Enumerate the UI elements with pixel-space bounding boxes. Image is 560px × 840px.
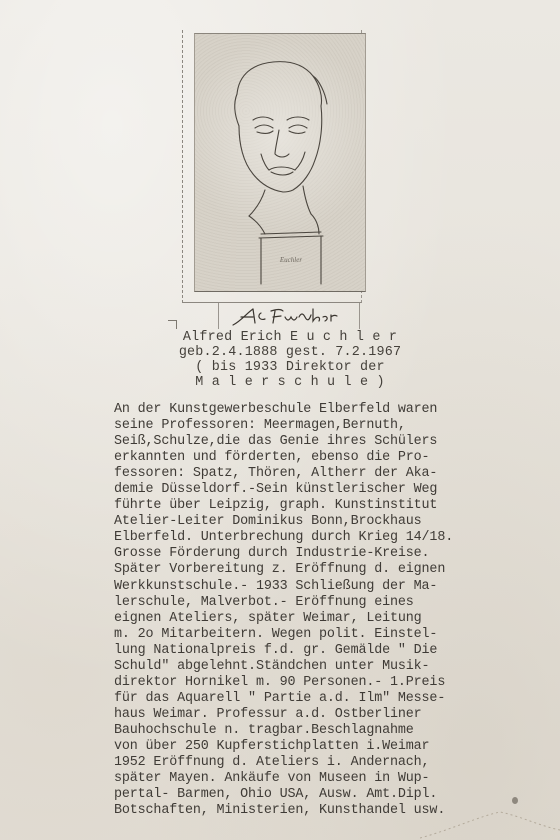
- body-line: An der Kunstgewerbeschule Elberfeld ware…: [114, 402, 474, 418]
- body-line: fessoren: Spatz, Thören, Altherr der Aka…: [114, 466, 474, 482]
- body-line: haus Weimar. Professur a.d. Ostberliner: [114, 707, 474, 723]
- body-line: Elberfeld. Unterbrechung durch Krieg 14/…: [114, 530, 474, 546]
- body-line: führte über Leipzig, graph. Kunstinstitu…: [114, 498, 474, 514]
- body-line: Schuld" abgelehnt.Ständchen unter Musik-: [114, 659, 474, 675]
- corner-mark: [168, 320, 177, 329]
- body-line: 1952 Eröffnung d. Ateliers i. Andernach,: [114, 755, 474, 771]
- body-line: Seiß,Schulze,die das Genie ihres Schüler…: [114, 434, 474, 450]
- paper-crease: [420, 800, 560, 840]
- life-dates: geb.2.4.1888 gest. 7.2.1967: [150, 345, 430, 360]
- body-line: Später Vorbereitung z. Eröffnung d. eign…: [114, 562, 474, 578]
- signature-box: [218, 303, 360, 329]
- body-line: eignen Ateliers, später Weimar, Leitung: [114, 611, 474, 627]
- body-line: lung Nationalpreis f.d. gr. Gemälde " Di…: [114, 643, 474, 659]
- body-line: für das Aquarell " Partie a.d. Ilm" Mess…: [114, 691, 474, 707]
- body-line: später Mayen. Ankäufe von Museen in Wup-: [114, 771, 474, 787]
- biography-body: An der Kunstgewerbeschule Elberfeld ware…: [114, 402, 474, 819]
- body-line: von über 250 Kupferstichplatten i.Weimar: [114, 739, 474, 755]
- position-note-line-2: M a l e r s c h u l e ): [150, 375, 430, 390]
- body-line: lerschule, Malverbot.- Eröffnung eines: [114, 595, 474, 611]
- body-line: Grosse Förderung durch Industrie-Kreise.: [114, 546, 474, 562]
- body-line: demie Düsseldorf.-Sein künstlerischer We…: [114, 482, 474, 498]
- body-line: direktor Hornikel m. 90 Personen.- 1.Pre…: [114, 675, 474, 691]
- body-line: Werkkunstschule.- 1933 Schließung der Ma…: [114, 579, 474, 595]
- body-line: m. 2o Mitarbeitern. Wegen polit. Einstel…: [114, 627, 474, 643]
- position-note-line-1: ( bis 1933 Direktor der: [150, 360, 430, 375]
- body-line: Atelier-Leiter Dominikus Bonn,Brockhaus: [114, 514, 474, 530]
- body-line: erkannten und förderten, ebenso die Pro-: [114, 450, 474, 466]
- document-page: Euchler Alfred Erich E u c h l e r geb.2…: [0, 0, 560, 840]
- body-line: Bauhochschule n. tragbar.Beschlagnahme: [114, 723, 474, 739]
- plinth-inscription: Euchler: [279, 256, 302, 264]
- artist-signature: [227, 303, 347, 329]
- artist-name: Alfred Erich E u c h l e r: [150, 330, 430, 345]
- body-line: seine Professoren: Meermagen,Bernuth,: [114, 418, 474, 434]
- biography-heading: Alfred Erich E u c h l e r geb.2.4.1888 …: [150, 330, 430, 390]
- portrait-plate: Euchler: [194, 33, 366, 292]
- bust-portrait-image: Euchler: [195, 34, 365, 291]
